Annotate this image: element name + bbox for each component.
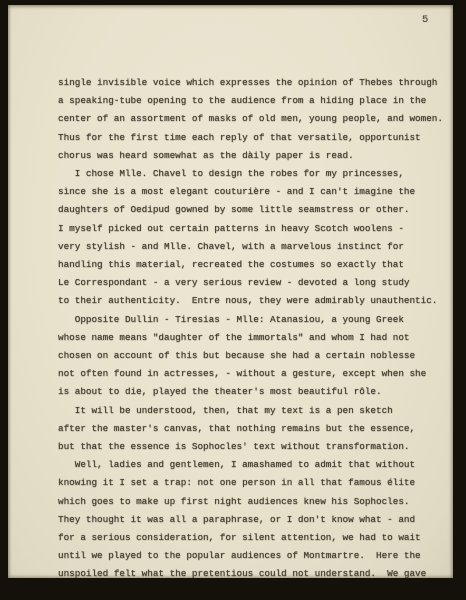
typed-paragraph: It will be understood, then, that my tex…	[58, 402, 450, 457]
typed-paragraph: I chose Mlle. Chavel to design the robes…	[58, 165, 450, 311]
typed-paragraph: Well, ladies and gentlemen, I amashamed …	[58, 456, 450, 583]
typed-paragraph: Opposite Dullin - Tiresias - Mlle: Atana…	[58, 311, 450, 402]
paper-page: 5 single invisible voice which expresses…	[8, 5, 453, 578]
text-block: single invisible voice which expresses t…	[58, 74, 450, 584]
typed-paragraph: single invisible voice which expresses t…	[58, 74, 450, 165]
page-number: 5	[422, 13, 428, 27]
page-frame: 5 single invisible voice which expresses…	[0, 0, 466, 600]
